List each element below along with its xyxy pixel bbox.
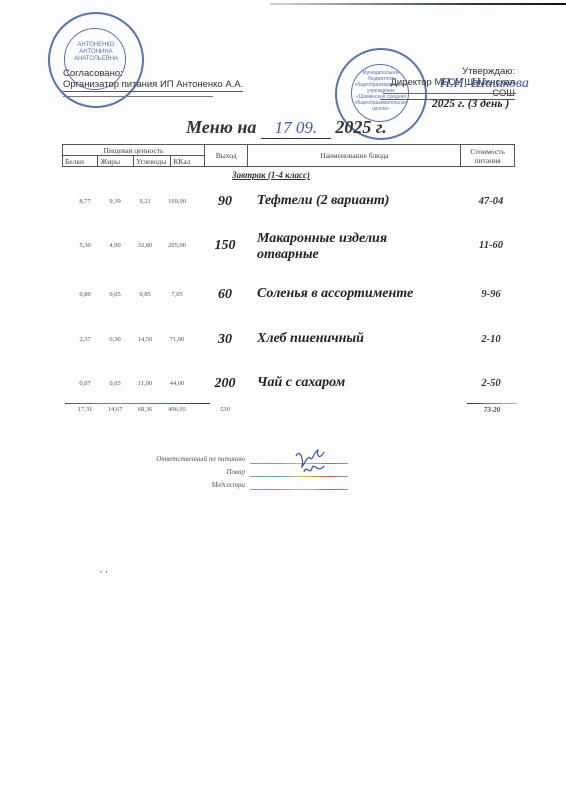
cell-kcal: 205,00 — [157, 242, 197, 249]
cell-dish: Тефтели (2 вариант) — [257, 193, 457, 209]
stamp-center-text: АНТОНЕНКО АНТОНИНА АНАТОЛЬЕВНА — [68, 42, 124, 63]
header-yield: Выход — [204, 145, 248, 167]
total-yield: 530 — [205, 406, 245, 413]
header-protein: Белки — [63, 156, 98, 167]
stamp-line: АНТОНЕНКО — [68, 42, 124, 49]
cell-price: 2-10 — [467, 334, 515, 345]
cell-kcal: 44,00 — [157, 380, 197, 387]
cell-dish: Чай с сахаром — [257, 375, 457, 391]
cell-kcal: 169,00 — [157, 198, 197, 205]
responsible-nurse-line — [250, 489, 348, 490]
cell-price: 9-96 — [467, 289, 515, 300]
cell-dish: Хлеб пшеничный — [257, 331, 457, 347]
section-title: Завтрак (1-4 класс) — [232, 170, 310, 180]
responsible-nutrition-label: Ответственный по питанию — [135, 455, 245, 463]
approval-right-signature-line — [383, 93, 516, 94]
approval-left-signature-line — [63, 96, 213, 97]
header-kcal: ККал — [171, 156, 204, 167]
stamp-line: АНАТОЛЬЕВНА — [68, 56, 124, 63]
title-date: 17 09. — [261, 118, 331, 139]
stamp-line: школа» — [353, 106, 409, 112]
approval-date: 2025 г. (3 день ) — [432, 98, 509, 110]
cell-yield: 150 — [205, 238, 245, 254]
stamp-left: АНТОНЕНКО АНТОНИНА АНАТОЛЬЕВНА — [48, 12, 144, 108]
approval-left-org: Организатор питания ИП Антоненко А.А. — [63, 79, 243, 92]
page-title: Меню на 17 09. 2025 г. — [186, 117, 387, 139]
title-prefix: Меню на — [186, 117, 256, 137]
signature-scribble-icon — [290, 446, 330, 480]
cell-yield: 30 — [205, 332, 245, 348]
cell-dish: Макаронные изделия отварные — [257, 231, 437, 263]
header-nutrition: Пищевая ценность — [63, 145, 205, 156]
totals-left-line — [65, 403, 210, 404]
cell-kcal: 71,00 — [157, 336, 197, 343]
responsible-cook-label: Повар — [135, 468, 245, 476]
approval-left: Согласовано: Организатор питания ИП Анто… — [63, 68, 243, 92]
cell-yield: 60 — [205, 287, 245, 303]
scan-edge-line — [270, 3, 566, 5]
cell-price: 47-04 — [467, 196, 515, 207]
scan-speck: • • — [100, 570, 109, 576]
stamp-line: АНТОНИНА — [68, 49, 124, 56]
totals-right-line — [467, 403, 517, 404]
cell-dish: Соленья в ассортименте — [257, 286, 457, 302]
director-signature: Н.Н. Шишкова — [440, 76, 529, 92]
cell-yield: 200 — [205, 376, 245, 392]
header-carbs: Углеводы — [133, 156, 170, 167]
cell-price: 2-50 — [467, 378, 515, 389]
header-fat: Жиры — [98, 156, 133, 167]
menu-table-header: Пищевая ценность Выход Наименование блюд… — [62, 144, 515, 167]
header-cost: Стоимость питания — [461, 145, 515, 167]
cell-price: 11-60 — [467, 240, 515, 251]
title-year: 2025 г. — [335, 117, 386, 137]
total-kcal: 496,05 — [157, 406, 197, 413]
total-price: 73-20 — [467, 406, 517, 414]
header-dish: Наименование блюда — [248, 145, 461, 167]
cell-kcal: 7,05 — [157, 291, 197, 298]
handwritten-signature — [290, 446, 330, 481]
responsible-nurse-label: Медсестра — [135, 481, 245, 489]
cell-yield: 90 — [205, 194, 245, 210]
approval-left-label: Согласовано: — [63, 68, 243, 79]
